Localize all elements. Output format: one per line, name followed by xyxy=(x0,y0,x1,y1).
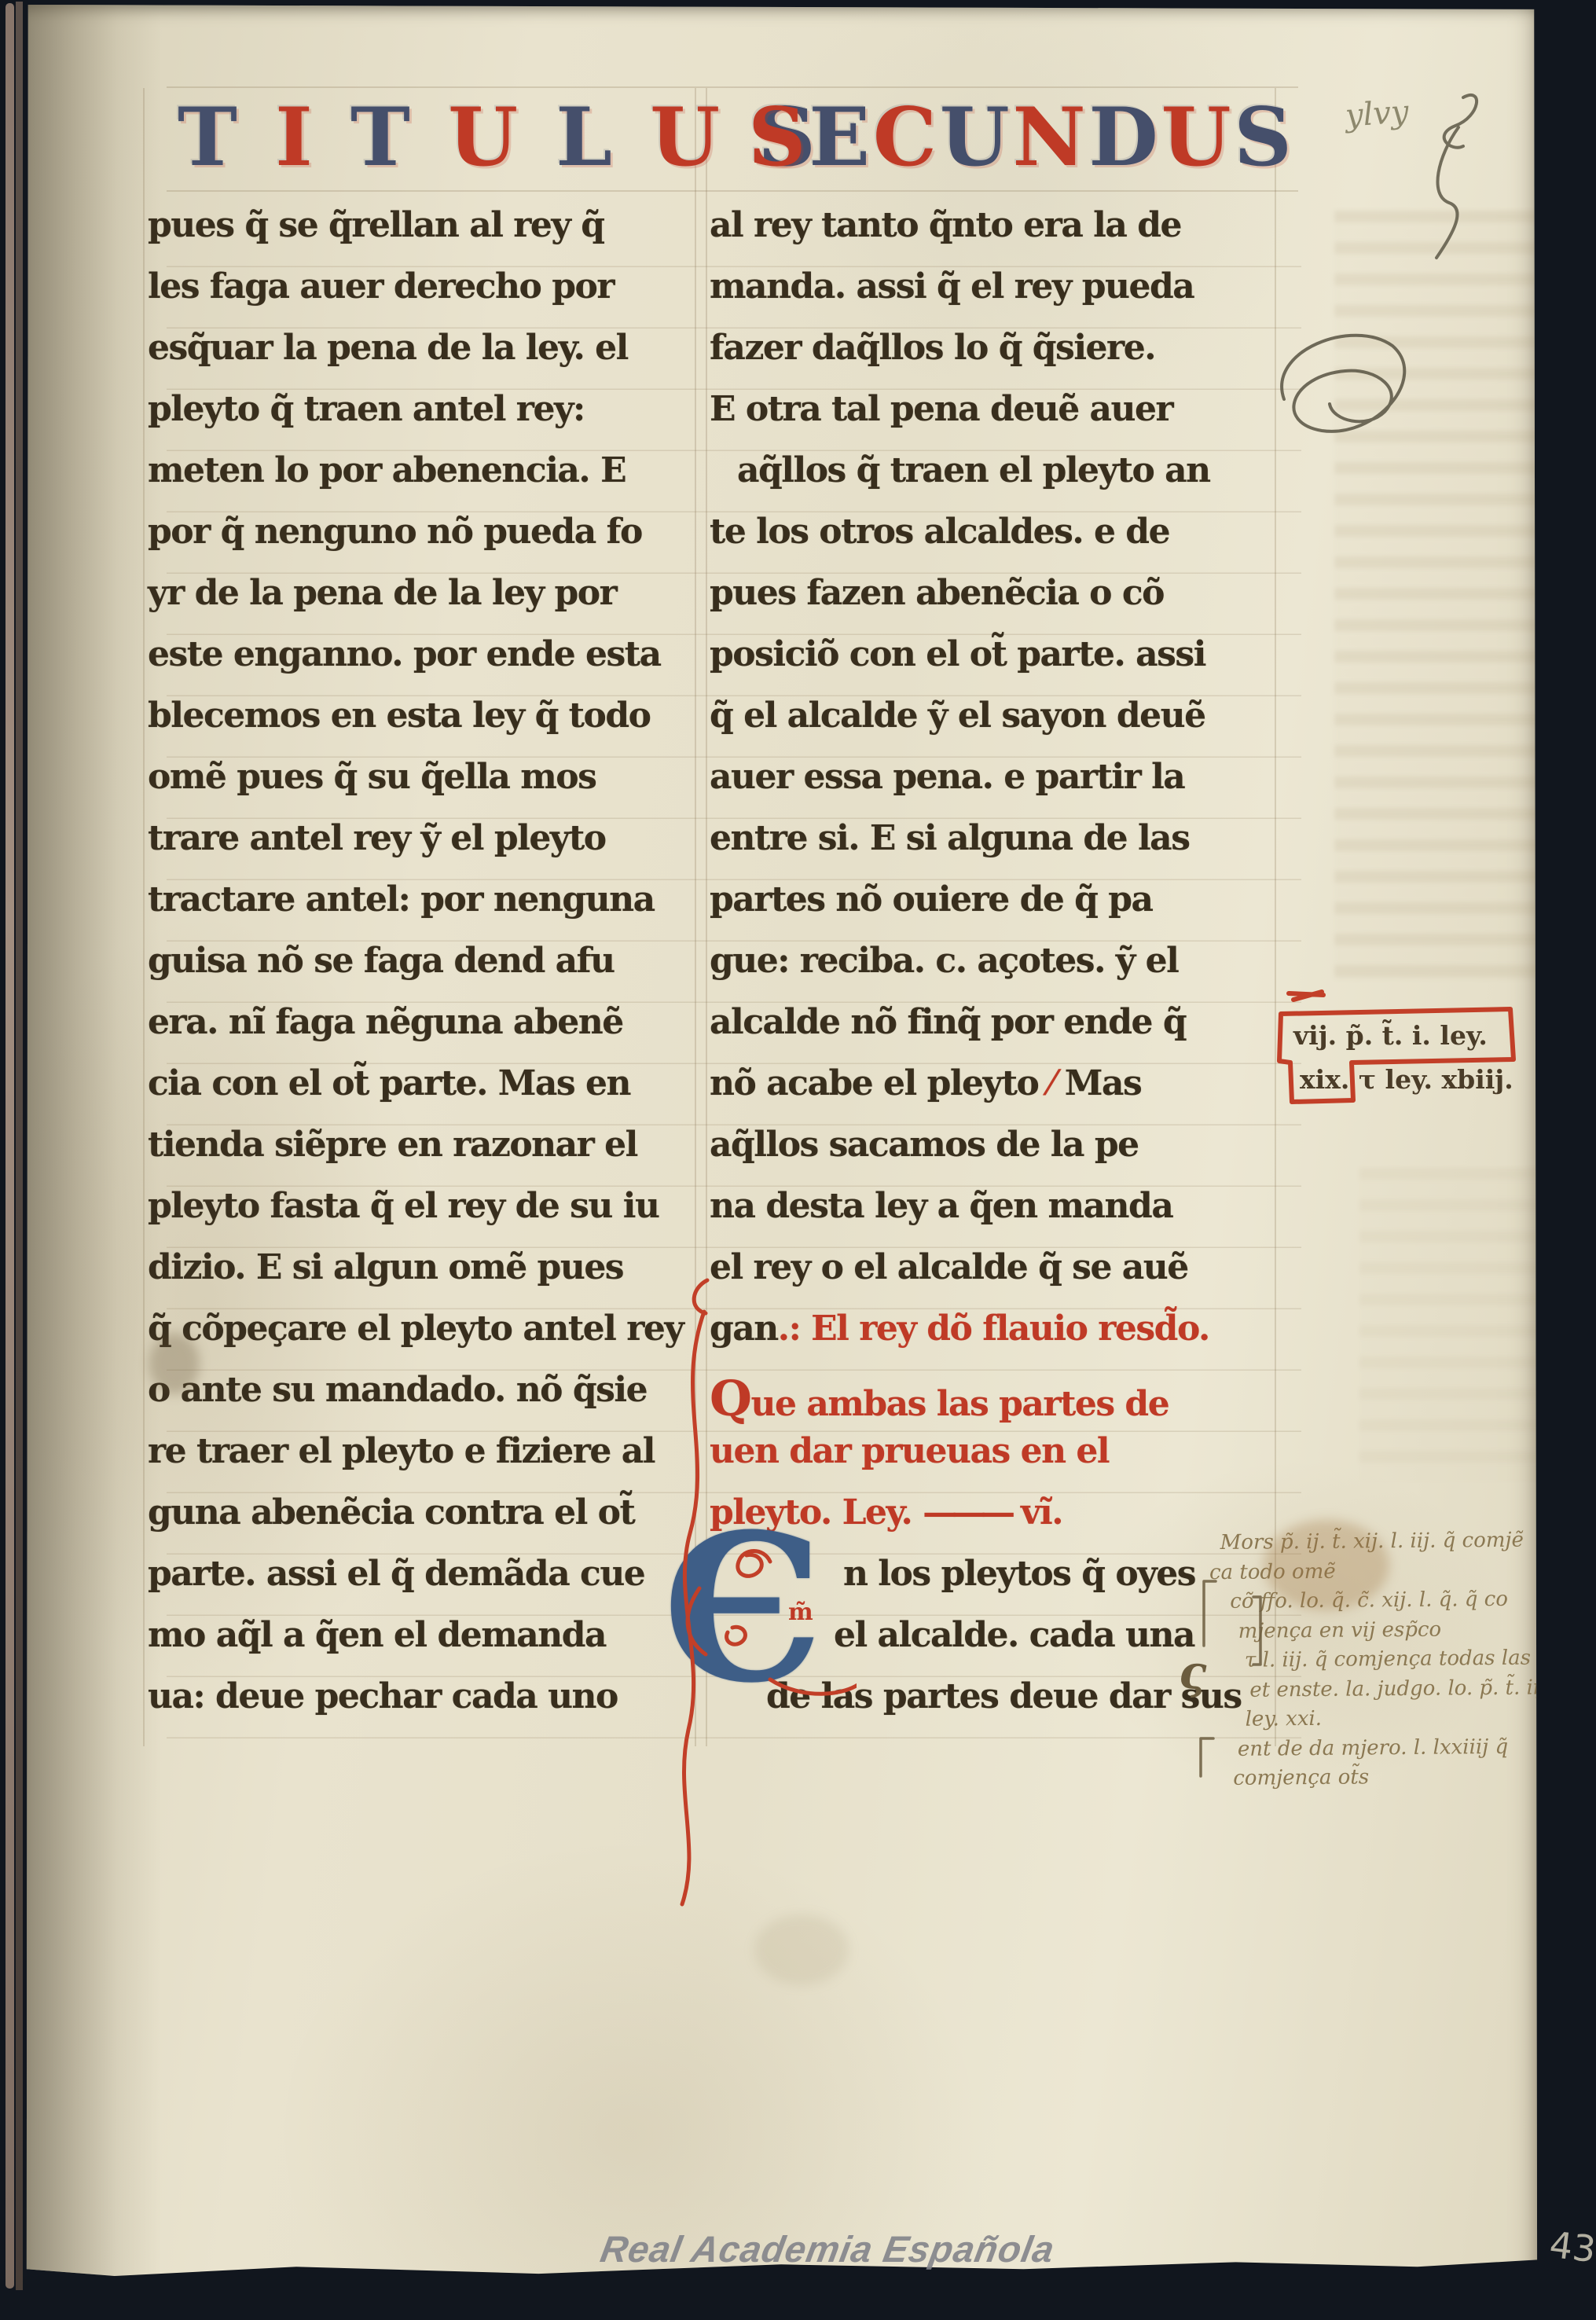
text-line: esq̃uar la pena de la ley. el xyxy=(148,328,707,389)
text-line: pues fazen abenẽcia o cõ xyxy=(710,573,1269,634)
text-line: fazer daq̃llos lo q̃ q̃siere. xyxy=(710,328,1269,389)
text-line: o ante su mandado. nõ q̃sie xyxy=(148,1370,707,1431)
pen-flourish-mark xyxy=(1407,83,1509,280)
ruling-horizontal-line xyxy=(167,86,1298,88)
ruling-horizontal-line xyxy=(167,190,1298,192)
text-line: mjença en vij esp̃co xyxy=(1210,1616,1595,1649)
library-watermark: Real Academia Española xyxy=(597,2227,1058,2270)
text-line: nõ acabe el pleyto ⁄ Mas xyxy=(710,1063,1269,1125)
title-letter: L xyxy=(556,91,612,184)
ruling-vertical-line xyxy=(143,88,145,1746)
text-line: posiciõ con el ot̃ parte. assi xyxy=(710,634,1269,696)
text-line: omẽ pues q̃ su q̃ella mos xyxy=(148,757,707,818)
title-letter: U xyxy=(940,91,1010,184)
text-line: ua: deue pechar cada uno xyxy=(148,1676,707,1738)
text-line: gan.: El rey dõ flauio resd̃o. xyxy=(710,1309,1269,1370)
circular-pen-scribble xyxy=(1257,303,1446,461)
text-line: mo aq̃l a q̃en el demanda xyxy=(148,1615,707,1676)
gloss-paragraph-mark: ς xyxy=(1179,1646,1206,1699)
text-line: comjença ot̃s xyxy=(1211,1764,1596,1797)
margin-gloss: Mors p̃. ij. t̃. xij. l. iij. q̃ comjẽca… xyxy=(1209,1528,1596,1797)
title-letter: U xyxy=(1161,91,1231,184)
margin-citation-note: vij. p̃. t̃. i. ley. xix. τ ley. xbiij. xyxy=(1270,984,1529,1125)
text-line: ent de da mjero. l. lxxiiij q̃ xyxy=(1211,1734,1596,1767)
stacked-folio-edge xyxy=(16,2,23,2290)
text-line: tractare antel: por nenguna xyxy=(148,879,707,941)
text-line: ley. xxi. xyxy=(1211,1705,1596,1738)
text-line: E otra tal pena deuẽ auer xyxy=(710,389,1269,450)
title-letter: I xyxy=(275,91,313,184)
folio-number: 43 xyxy=(1547,2223,1596,2271)
text-line: manda. assi q̃ el rey pueda xyxy=(710,266,1269,328)
title-letter: D xyxy=(1088,91,1158,184)
running-title-right: SECUNDUS xyxy=(748,91,1292,184)
text-line: Que ambas las partes de xyxy=(710,1370,1269,1431)
text-line: ca todo omẽ xyxy=(1209,1557,1594,1590)
ruling-vertical-line xyxy=(1275,88,1276,1746)
text-line: et enste. la. judgo. lo. p̃. t̃. iij xyxy=(1210,1675,1595,1708)
text-line: q̃ cõpeçare el pleyto antel rey xyxy=(148,1309,707,1370)
citation-line: xix. τ ley. xbiij. xyxy=(1300,1064,1513,1095)
text-line: meten lo por abenencia. E xyxy=(148,450,707,512)
text-line: dizio. E si algun omẽ pues xyxy=(148,1247,707,1309)
gutter-shadow xyxy=(24,5,161,2320)
text-line: al rey tanto q̃nto era la de xyxy=(710,205,1269,266)
photograph-background: TITULUS SECUNDUS ylvy pues q̃ se q̃rella… xyxy=(0,0,1596,2320)
parchment-stain xyxy=(754,1914,849,1985)
manuscript-page: TITULUS SECUNDUS ylvy pues q̃ se q̃rella… xyxy=(24,5,1539,2320)
text-line: el rey o el alcalde q̃ se auẽ xyxy=(710,1247,1269,1309)
citation-line: vij. p̃. t̃. i. ley. xyxy=(1293,1020,1488,1051)
text-line: na desta ley a q̃en manda xyxy=(710,1186,1269,1247)
stacked-folio-edge xyxy=(6,3,14,2289)
title-letter: S xyxy=(748,91,806,184)
text-line: pues q̃ se q̃rellan al rey q̃ xyxy=(148,205,707,266)
red-citation-box xyxy=(1270,984,1529,1125)
margin-inscription: ylvy xyxy=(1344,94,1410,134)
text-line: era. nĩ faga nẽguna abenẽ xyxy=(148,1002,707,1063)
text-line: este enganno. por ende esta xyxy=(148,634,707,696)
text-line: entre si. E si alguna de las xyxy=(710,818,1269,879)
verso-showthrough xyxy=(1359,1168,1545,1482)
verso-showthrough xyxy=(1334,211,1548,981)
text-line: guisa nõ se faga dend afu xyxy=(148,941,707,1002)
text-line: cõ ffo. lo. q̃. c̃. xij. l. q̃. q̃ co xyxy=(1209,1587,1594,1620)
title-letter: T xyxy=(178,91,237,184)
text-line: tienda siẽpre en razonar el xyxy=(148,1125,707,1186)
title-letter: N xyxy=(1012,91,1085,184)
text-line: yr de la pena de la ley por xyxy=(148,573,707,634)
text-line: pleyto fasta q̃ el rey de su iu xyxy=(148,1186,707,1247)
text-line: por q̃ nenguno nõ pueda fo xyxy=(148,512,707,573)
text-line: guna abenẽcia contra el ot̃ xyxy=(148,1492,707,1554)
title-letter: E xyxy=(809,91,870,184)
title-letter: S xyxy=(1234,91,1292,184)
text-column-left: pues q̃ se q̃rellan al rey q̃les faga au… xyxy=(148,205,707,1738)
text-line: Mors p̃. ij. t̃. xij. l. iij. q̃ comjẽ xyxy=(1209,1528,1594,1561)
title-letter: U xyxy=(650,91,720,184)
text-line: re traer el pleyto e fiziere al xyxy=(148,1431,707,1492)
text-line: pleyto q̃ traen antel rey: xyxy=(148,389,707,450)
text-line: parte. assi el q̃ demãda cue xyxy=(148,1554,707,1615)
running-title-left: TITULUS xyxy=(178,91,816,184)
text-line: τ l. iij. q̃ comjença todas las xyxy=(1210,1646,1595,1679)
title-letter: C xyxy=(873,91,937,184)
text-line: aq̃llos sacamos de la pe xyxy=(710,1125,1269,1186)
text-line: partes nõ ouiere de q̃ pa xyxy=(710,879,1269,941)
text-line: aq̃llos q̃ traen el pleyto an xyxy=(710,450,1269,512)
text-line: les faga auer derecho por xyxy=(148,266,707,328)
title-letter: U xyxy=(448,91,518,184)
text-line: blecemos en esta ley q̃ todo xyxy=(148,696,707,757)
text-line: gue: reciba. c. açotes. ỹ el xyxy=(710,941,1269,1002)
text-line: auer essa pena. e partir la xyxy=(710,757,1269,818)
text-line: uen dar prueuas en el xyxy=(710,1431,1269,1492)
text-line: q̃ el alcalde ỹ el sayon deuẽ xyxy=(710,696,1269,757)
text-line: trare antel rey ỹ el pleyto xyxy=(148,818,707,879)
text-line: te los otros alcaldes. e de xyxy=(710,512,1269,573)
text-line: alcalde nõ finq̃ por ende q̃ xyxy=(710,1002,1269,1063)
text-line: cia con el ot̃ parte. Mas en xyxy=(148,1063,707,1125)
interlinear-red-mark: m̃ xyxy=(788,1599,813,1626)
title-letter: T xyxy=(350,91,410,184)
